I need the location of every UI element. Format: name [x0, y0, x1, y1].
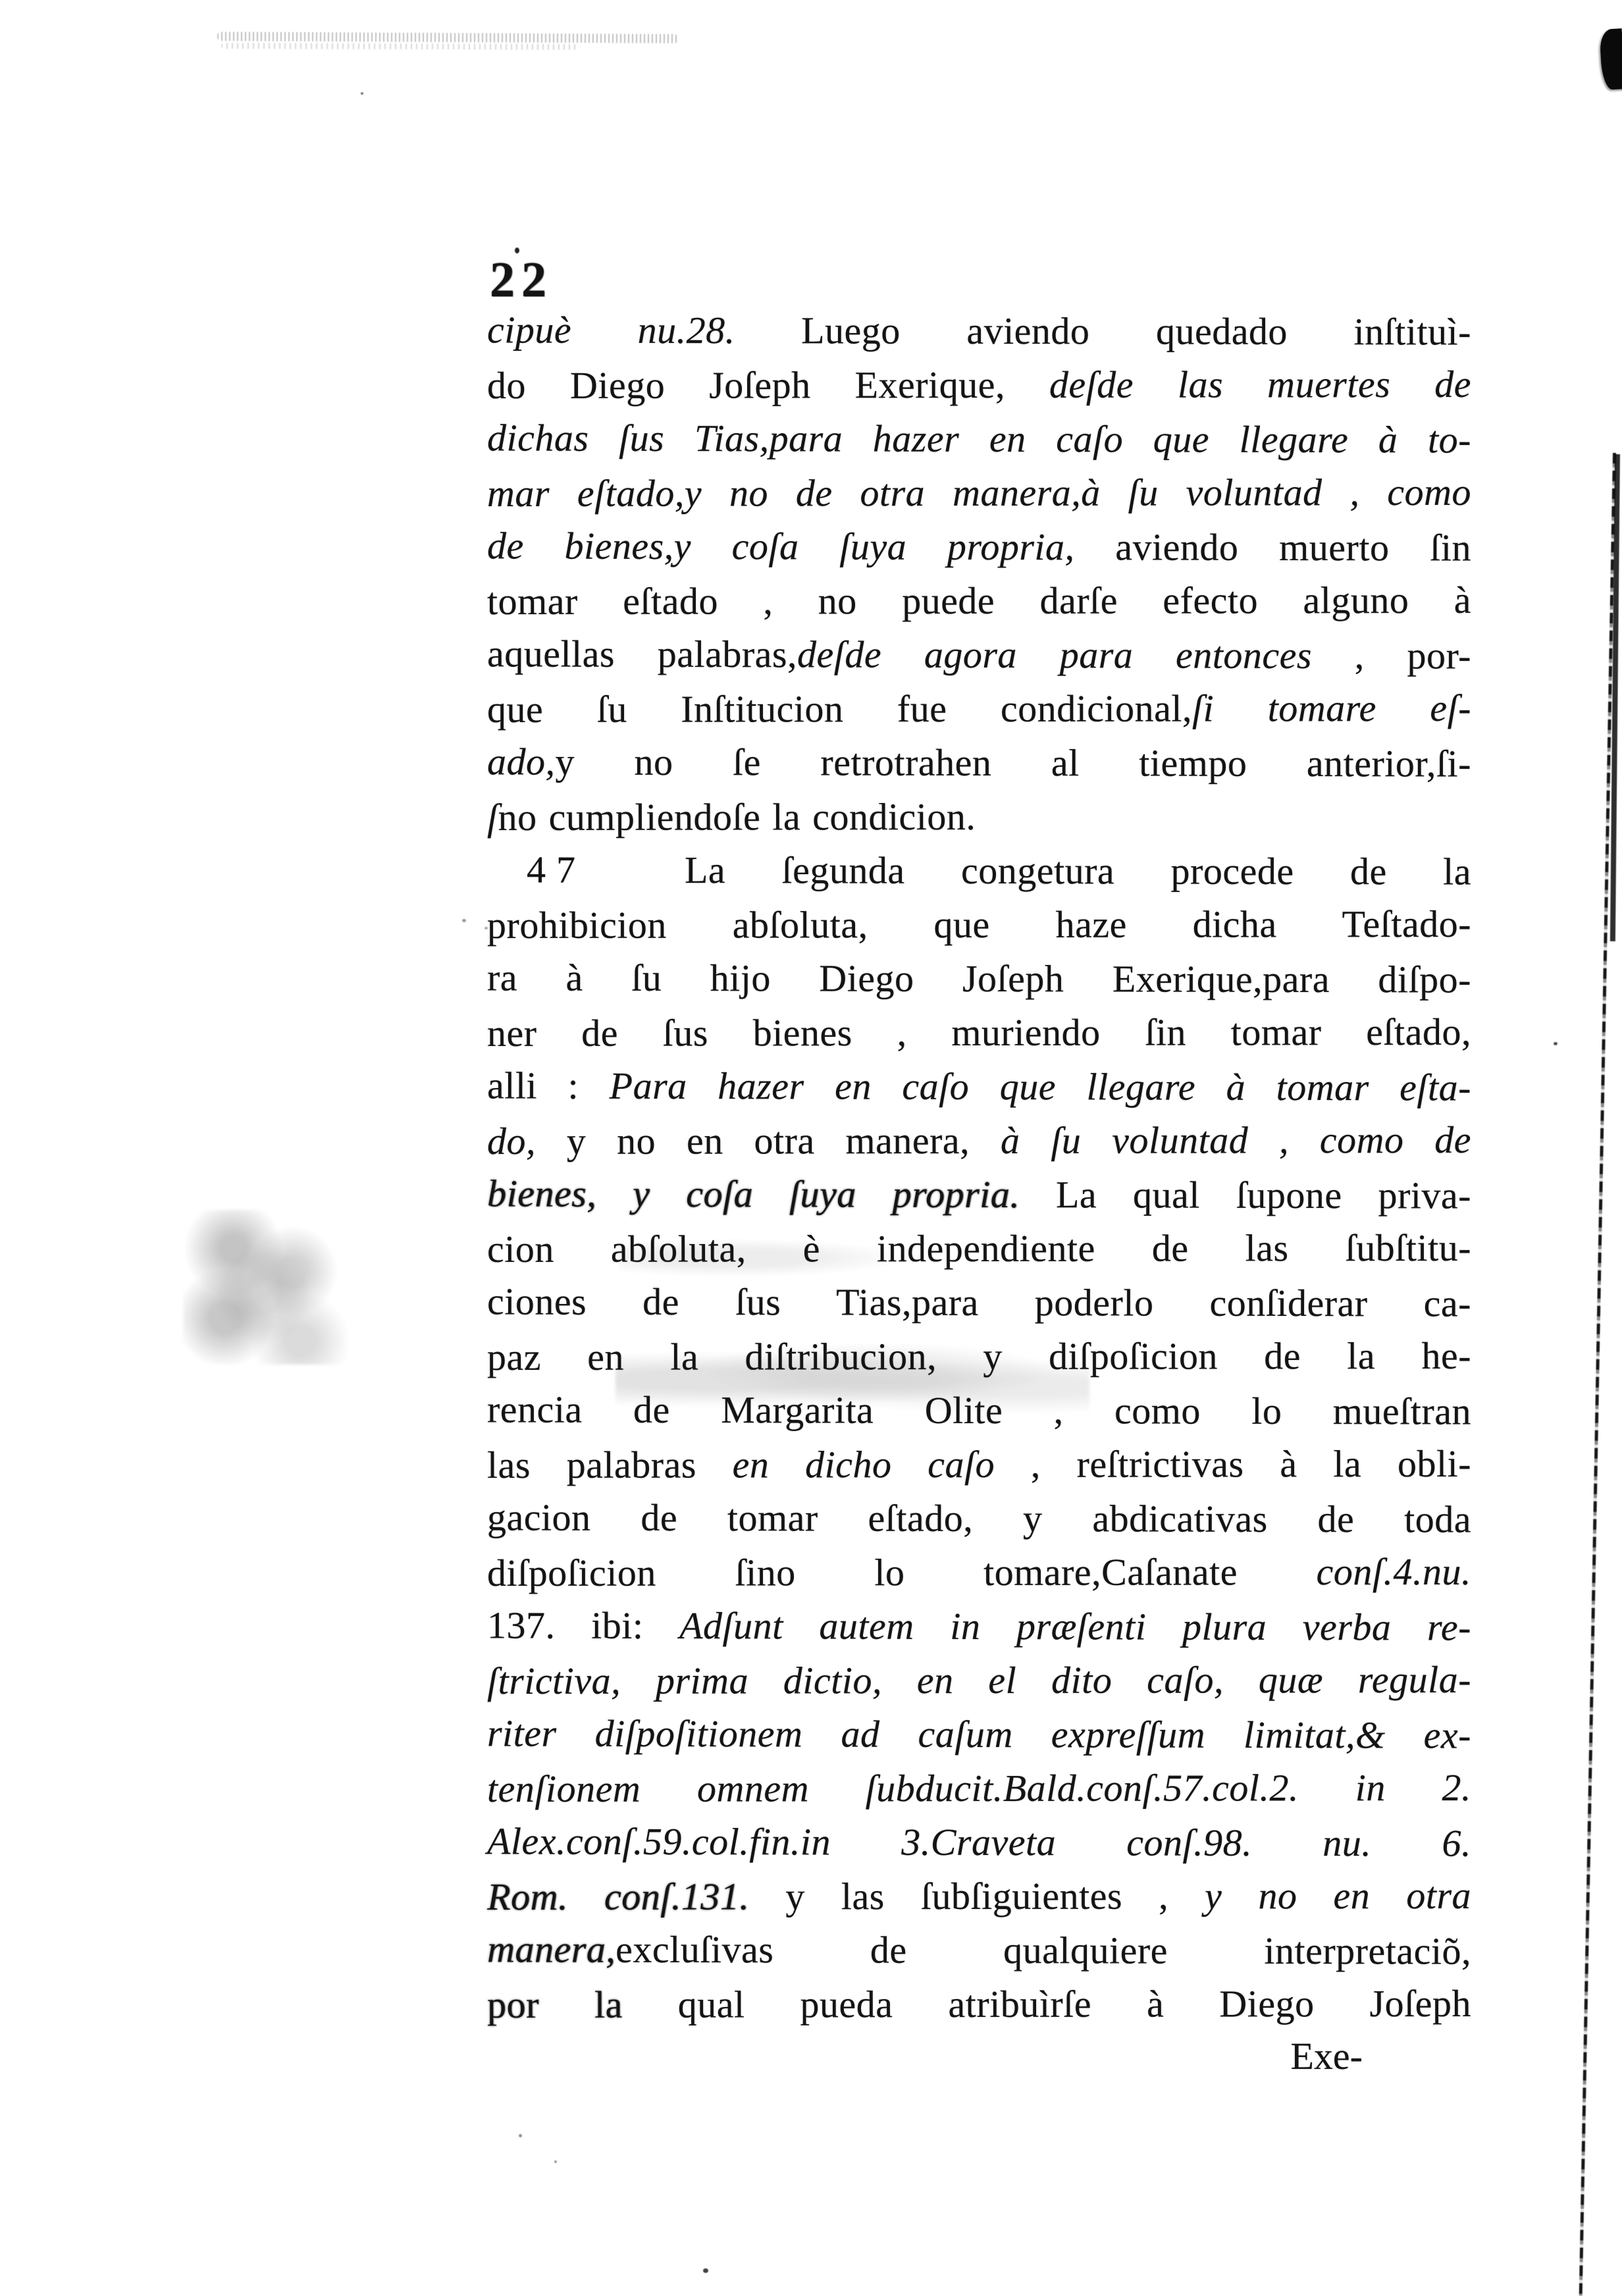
text-segment: Para hazer en caſo que llegare à tomar e…	[610, 1064, 1471, 1109]
text-segment: de bienes,y coſa ſuya propria,	[487, 524, 1075, 568]
text-segment: cion abſoluta, è independiente de las ſu…	[487, 1226, 1471, 1270]
text-line: que ſu Inſtitucion fue condicional,ſi to…	[487, 681, 1471, 737]
text-segment: aviendo muerto ſin	[1074, 525, 1471, 569]
text-line: ner de ſus bienes , muriendo ſin tomar e…	[487, 1005, 1471, 1060]
text-line: tenſionem omnem ſubducit.Bald.conſ.57.co…	[487, 1761, 1471, 1816]
text-segment: à ſu voluntad , como de	[1001, 1118, 1471, 1162]
ink-speck	[519, 2134, 522, 2137]
text-segment: ra à ſu hijo Diego Joſeph Exerique,para …	[487, 956, 1471, 1001]
text-segment: Luego aviendo quedado inſtituì-	[735, 309, 1471, 353]
text-line: Alex.conſ.59.col.fin.in 3.Craveta conſ.9…	[487, 1814, 1471, 1870]
ink-speck	[361, 92, 363, 95]
text-line: aquellas palabras,deſde agora para enton…	[487, 627, 1471, 683]
text-line: ſtrictiva, prima dictio, en el dito caſo…	[487, 1653, 1471, 1708]
text-line: 47La ſegunda congetura procede de la	[487, 843, 1471, 899]
text-line: rencia de Margarita Olite , como lo mueſ…	[487, 1382, 1471, 1438]
text-segment: deſde las muertes de	[1049, 363, 1471, 406]
text-segment: , reſtrictivas à la obli-	[995, 1442, 1471, 1486]
text-segment: y las ſubſiguientes ,	[749, 1875, 1205, 1918]
text-segment: 137. ibi:	[487, 1604, 679, 1647]
text-segment: La qual ſupone priva-	[1020, 1173, 1471, 1216]
text-segment: Rom. conſ.131.	[487, 1875, 749, 1918]
text-segment: tenſionem omnem ſubducit.Bald.conſ.57.co…	[487, 1766, 1471, 1810]
text-line: do, y no en otra manera, à ſu voluntad ,…	[487, 1113, 1471, 1168]
text-segment: qual pueda atribuìrſe à Diego Joſeph	[623, 1982, 1471, 2026]
text-segment: las palabras	[487, 1444, 733, 1487]
text-segment: Adſunt autem in præſenti plura verba re-	[679, 1604, 1471, 1649]
text-segment: por la	[487, 1983, 623, 2026]
page-fold-line	[1579, 453, 1616, 2296]
text-segment: ſi tomare eſ-	[1192, 687, 1471, 730]
text-segment: gacion de tomar eſtado, y abdicativas de…	[487, 1496, 1471, 1540]
text-segment: y no en otra	[1205, 1874, 1471, 1918]
text-segment: diſpoſicion ſino lo tomare,Caſanate	[487, 1550, 1317, 1594]
text-segment: 47	[527, 848, 586, 891]
text-segment: ſtrictiva, prima dictio, en el dito caſo…	[487, 1658, 1471, 1702]
text-segment: aquellas palabras,	[487, 632, 797, 675]
ink-speck	[554, 2160, 557, 2163]
text-segment: ciones de ſus Tias,para poderlo conſider…	[487, 1280, 1471, 1324]
text-segment: que ſu Inſtitucion fue condicional,	[487, 687, 1192, 731]
text-line: paz en la diſtribucion, y diſpoſicion de…	[487, 1329, 1471, 1384]
text-line: diſpoſicion ſino lo tomare,Caſanate conſ…	[487, 1545, 1471, 1600]
text-line: por la qual pueda atribuìrſe à Diego Joſ…	[487, 1977, 1471, 2032]
page-number: 22	[490, 251, 553, 309]
text-segment: deſde agora para entonces	[797, 633, 1312, 677]
text-segment: riter diſpoſitionem ad caſum expreſſum l…	[487, 1711, 1471, 1756]
text-line: bienes, y coſa ſuya propria. La qual ſup…	[487, 1166, 1471, 1222]
text-line: do Diego Joſeph Exerique, deſde las muer…	[487, 357, 1471, 413]
text-segment: ſ	[487, 796, 498, 839]
text-segment: y no en otra manera,	[536, 1119, 1001, 1162]
text-line: ado,y no ſe retrotrahen al tiempo anteri…	[487, 735, 1471, 791]
text-line: mar eſtado,y no de otra manera,à ſu volu…	[487, 465, 1471, 521]
text-segment: mar eſtado,y no de otra manera,à ſu volu…	[487, 471, 1471, 515]
text-line: manera,excluſivas de qualquiere interpre…	[487, 1922, 1471, 1978]
text-segment: dichas ſus Tias,para hazer en caſo que l…	[487, 416, 1471, 461]
text-segment: bienes, y coſa ſuya propria.	[487, 1172, 1020, 1216]
text-segment: prohibicion abſoluta, que haze dicha Teſ…	[487, 902, 1471, 947]
text-segment: rencia de Margarita Olite , como lo mueſ…	[487, 1388, 1471, 1432]
text-segment: Alex.conſ.59.col.fin.in 3.Craveta conſ.9…	[487, 1819, 1471, 1864]
ink-blot	[1600, 28, 1622, 90]
text-segment: , por-	[1312, 634, 1471, 677]
margin-smudge	[183, 1210, 351, 1365]
text-line: ra à ſu hijo Diego Joſeph Exerique,para …	[487, 951, 1471, 1006]
text-segment: conſ.4.nu.	[1317, 1550, 1471, 1593]
scan-streak-artifact	[221, 43, 577, 50]
text-line: ſno cumpliendoſe la condicion.	[487, 789, 1471, 845]
text-line: ciones de ſus Tias,para poderlo conſider…	[487, 1274, 1471, 1330]
text-line: prohibicion abſoluta, que haze dicha Teſ…	[487, 897, 1471, 952]
text-line: Rom. conſ.131. y las ſubſiguientes , y n…	[487, 1869, 1471, 1924]
catchword: Exe-	[487, 2034, 1363, 2078]
scanned-page: 22 cipuè nu.28. Luego aviendo quedado in…	[0, 0, 1622, 2296]
text-segment: tomar eſtado , no puede darſe efecto alg…	[487, 579, 1471, 623]
text-line: tomar eſtado , no puede darſe efecto alg…	[487, 573, 1471, 629]
text-segment: y no ſe retrotrahen al tiempo anterior,ſ…	[555, 741, 1471, 785]
text-segment: paz en la diſtribucion, y diſpoſicion de…	[487, 1334, 1471, 1378]
text-segment: excluſivas de qualquiere interpretaciõ,	[615, 1928, 1471, 1973]
text-line: riter diſpoſitionem ad caſum expreſſum l…	[487, 1706, 1471, 1762]
text-segment: do,	[487, 1120, 536, 1162]
text-line: las palabras en dicho caſo , reſtrictiva…	[487, 1437, 1471, 1492]
scan-streak-artifact	[217, 32, 678, 43]
text-segment: do Diego Joſeph Exerique,	[487, 363, 1049, 407]
text-line: de bienes,y coſa ſuya propria, aviendo m…	[487, 519, 1471, 575]
text-segment: en dicho caſo	[733, 1443, 995, 1486]
text-line: dichas ſus Tias,para hazer en caſo que l…	[487, 411, 1471, 467]
text-segment: no cumpliendoſe la condicion.	[498, 795, 976, 839]
text-line: alli : Para hazer en caſo que llegare à …	[487, 1058, 1471, 1114]
text-line: 137. ibi: Adſunt autem in præſenti plura…	[487, 1598, 1471, 1654]
text-line: cipuè nu.28. Luego aviendo quedado inſti…	[487, 303, 1471, 359]
text-segment: manera,	[487, 1927, 615, 1970]
text-segment: alli :	[487, 1064, 610, 1107]
ink-speck	[703, 2268, 708, 2273]
text-segment: La ſegunda congetura procede de la	[685, 848, 1471, 893]
text-segment: cipuè nu.28.	[487, 308, 735, 352]
text-block: cipuè nu.28. Luego aviendo quedado inſti…	[487, 304, 1471, 2031]
text-line: gacion de tomar eſtado, y abdicativas de…	[487, 1490, 1471, 1546]
ink-speck	[1554, 1042, 1557, 1045]
text-segment: ner de ſus bienes , muriendo ſin tomar e…	[487, 1010, 1471, 1055]
ink-speck	[462, 919, 466, 922]
text-line: cion abſoluta, è independiente de las ſu…	[487, 1221, 1471, 1276]
text-segment: ado,	[487, 740, 556, 783]
